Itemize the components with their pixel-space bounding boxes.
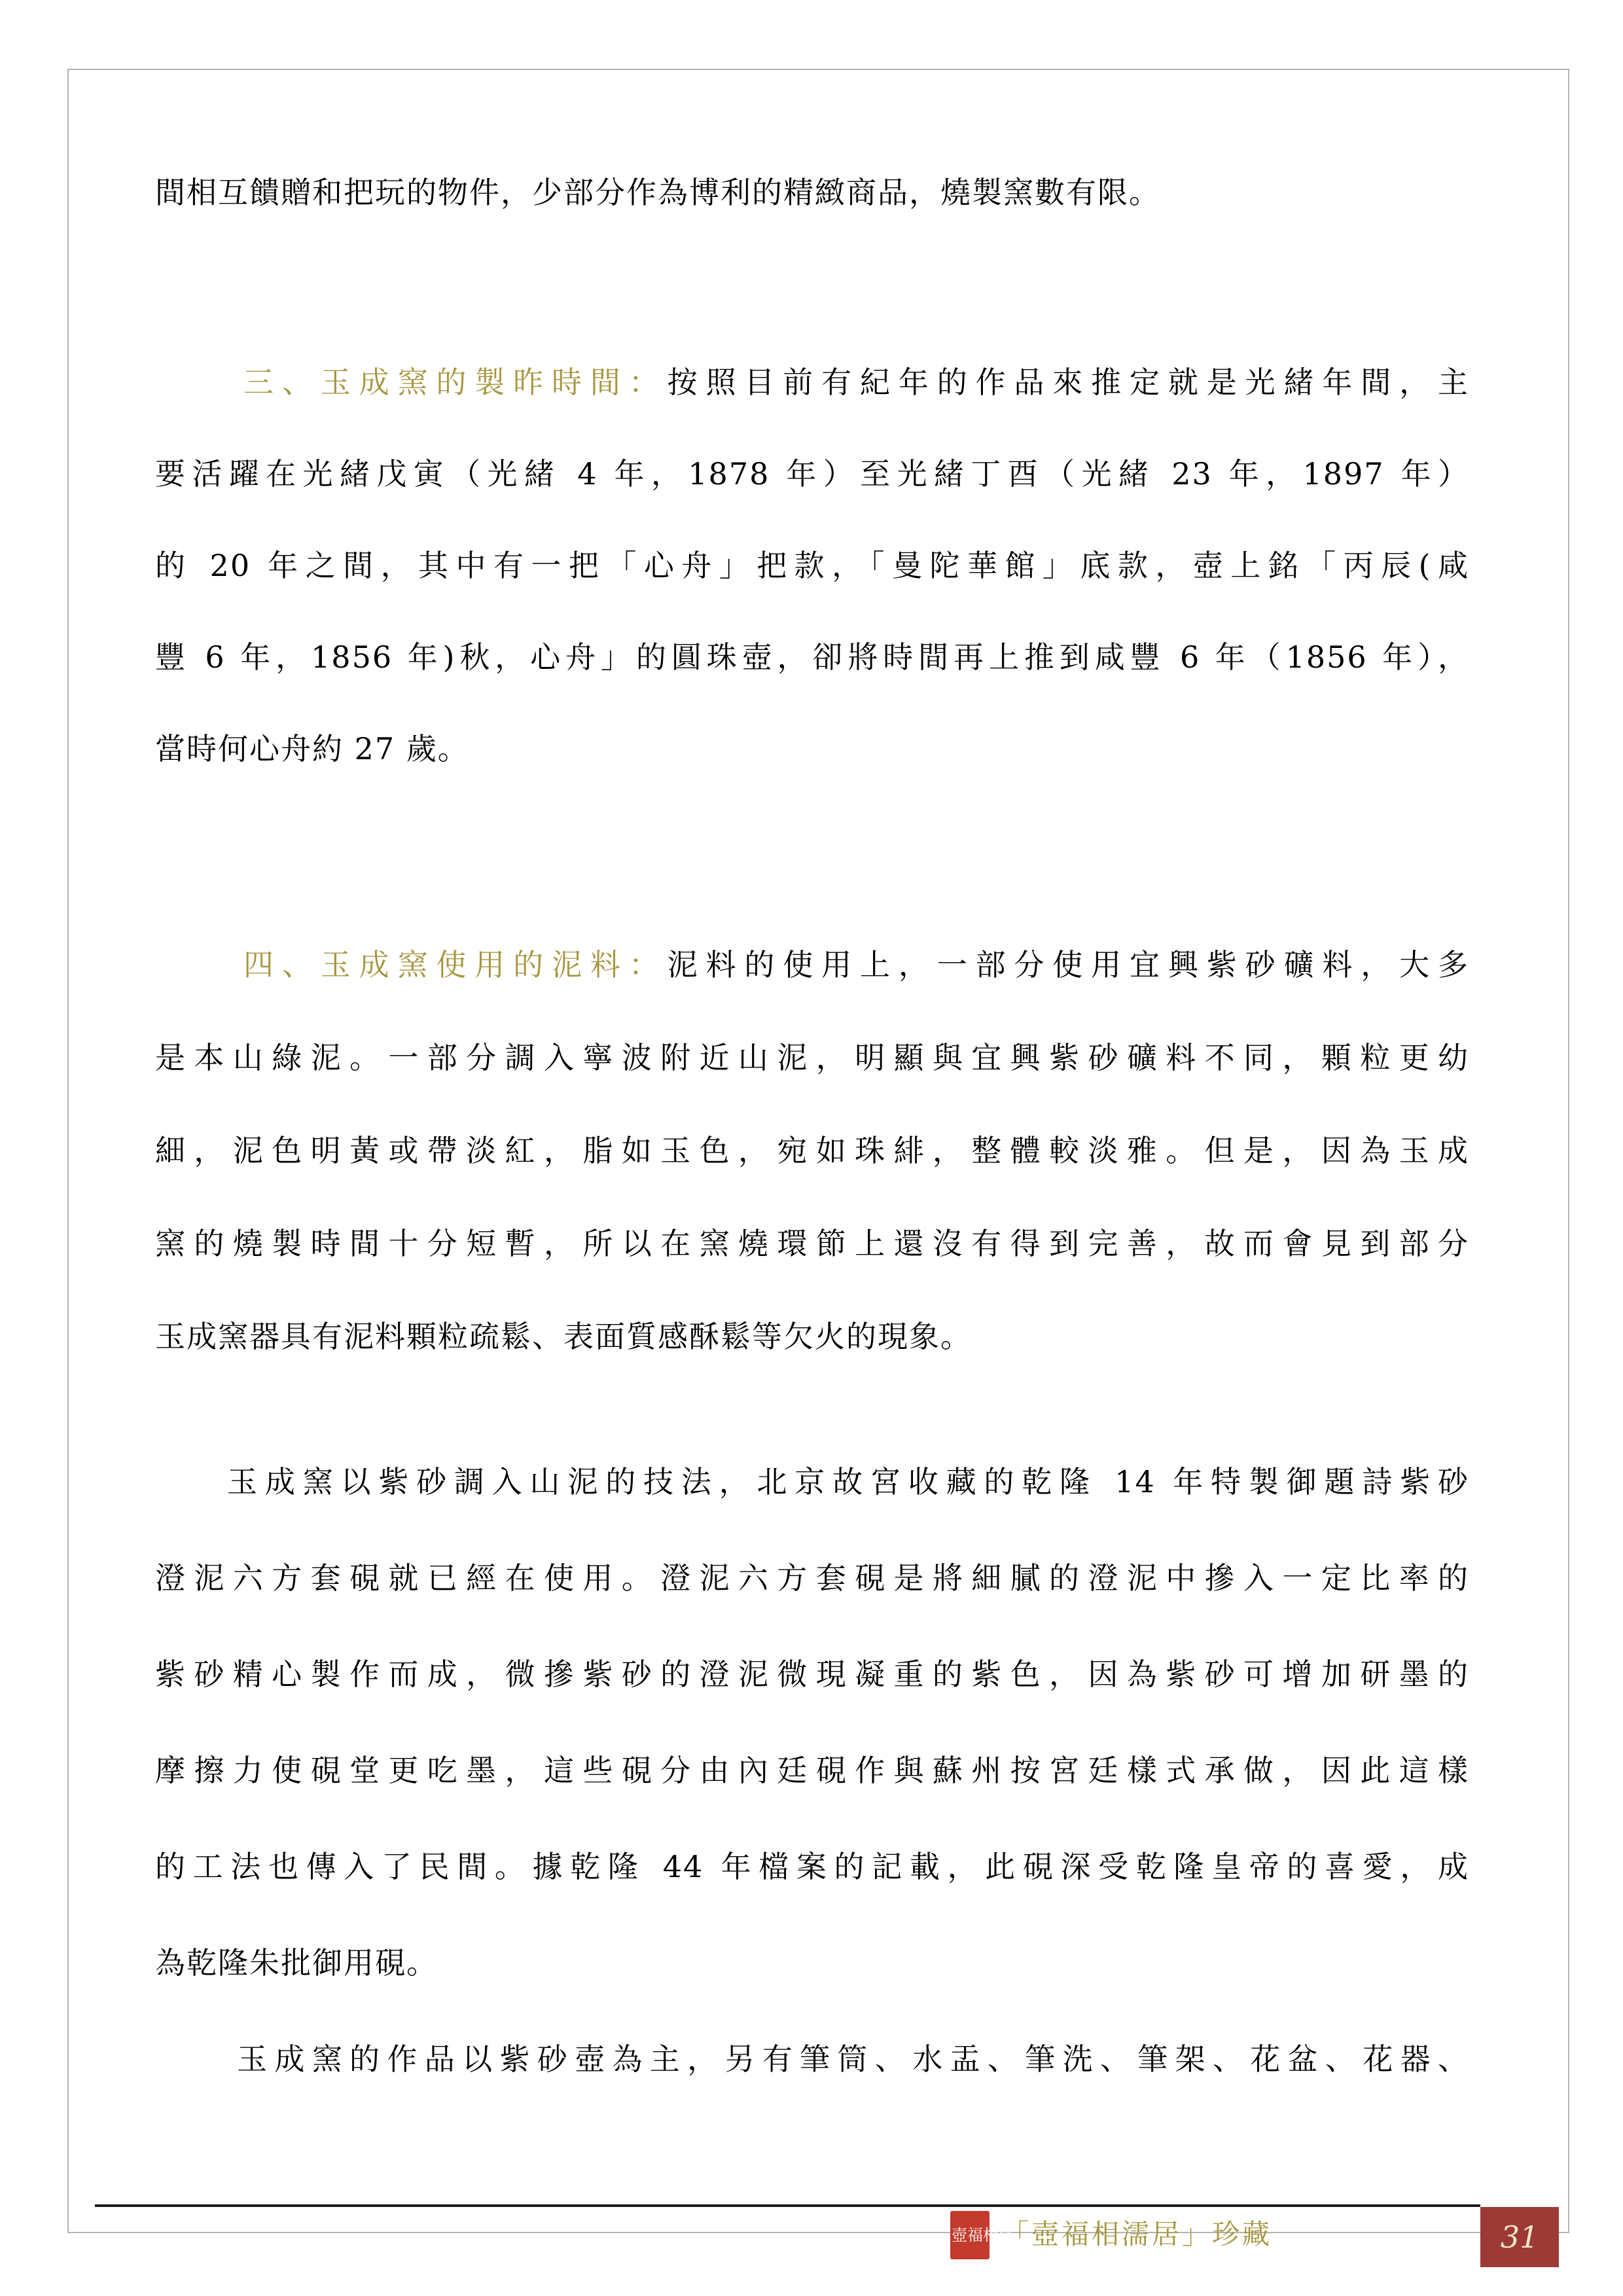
text-line: 的工法也傳入了民間。據乾隆 44 年檔案的記載，此硯深受乾隆皇帝的喜愛，成 [155, 1848, 1469, 1886]
text-line: 四、玉成窯使用的泥料：泥料的使用上，一部分使用宜興紫砂礦料，大多 [155, 946, 1469, 984]
body-text: 玉成窯器具有泥料顆粒疏鬆、表面質感酥鬆等欠火的現象。 [155, 1319, 972, 1354]
collector-seal-stamp: 壺福相濡 [950, 2211, 990, 2259]
page-number: 31 [1501, 2219, 1539, 2255]
text-line: 的 20 年之間，其中有一把「心舟」把款，「曼陀華館」底款，壺上銘「丙辰(咸 [155, 547, 1469, 584]
body-text: 的工法也傳入了民間。據乾隆 44 年檔案的記載，此硯深受乾隆皇帝的喜愛，成 [155, 1849, 1469, 1884]
body-text: 玉成窯的作品以紫砂壺為主，另有筆筒、水盂、筆洗、筆架、花盆、花器、 [237, 2041, 1469, 2077]
text-line: 玉成窯以紫砂調入山泥的技法，北京故宮收藏的乾隆 14 年特製御題詩紫砂 [155, 1463, 1469, 1501]
page-number-badge: 31 [1480, 2207, 1559, 2267]
body-text: 澄泥六方套硯就已經在使用。澄泥六方套硯是將細膩的澄泥中摻入一定比率的 [155, 1560, 1469, 1596]
body-text: 紫砂精心製作而成，微摻紫砂的澄泥微現凝重的紫色，因為紫砂可增加研墨的 [155, 1657, 1469, 1692]
seal-character: 福 [967, 2227, 983, 2243]
text-line: 間相互饋贈和把玩的物件，少部分作為博利的精緻商品，燒製窯數有限。 [155, 173, 1469, 211]
text-line: 當時何心舟約 27 歲。 [155, 730, 1469, 768]
body-text: 摩擦力使硯堂更吃墨，這些硯分由內廷硯作與蘇州按宮廷樣式承做，因此這樣 [155, 1753, 1469, 1788]
body-text: 按照目前有紀年的作品來推定就是光緒年間，主 [668, 365, 1469, 400]
footer-rule [95, 2204, 1480, 2207]
document-lines: 間相互饋贈和把玩的物件，少部分作為博利的精緻商品，燒製窯數有限。三、玉成窯的製昨… [155, 0, 1469, 2296]
text-line: 窯的燒製時間十分短暫，所以在窯燒環節上還沒有得到完善，故而會見到部分 [155, 1225, 1469, 1263]
body-text: 泥料的使用上，一部分使用宜興紫砂礦料，大多 [668, 947, 1469, 982]
body-text: 細，泥色明黃或帶淡紅，脂如玉色，宛如珠緋，整體較淡雅。但是，因為玉成 [155, 1133, 1469, 1168]
body-text: 窯的燒製時間十分短暫，所以在窯燒環節上還沒有得到完善，故而會見到部分 [155, 1226, 1469, 1261]
body-text: 是本山綠泥。一部分調入寧波附近山泥，明顯與宜興紫砂礦料不同，顆粒更幼 [155, 1040, 1469, 1075]
text-line: 是本山綠泥。一部分調入寧波附近山泥，明顯與宜興紫砂礦料不同，顆粒更幼 [155, 1039, 1469, 1077]
seal-character: 壺 [952, 2227, 967, 2243]
section-heading: 四、玉成窯使用的泥料： [243, 947, 668, 982]
body-text: 當時何心舟約 27 歲。 [155, 731, 469, 766]
body-text: 豐 6 年，1856 年)秋，心舟」的圓珠壺，卻將時間再上推到咸豐 6 年（18… [155, 639, 1469, 675]
text-line: 三、玉成窯的製昨時間：按照目前有紀年的作品來推定就是光緒年間，主 [155, 363, 1469, 401]
text-line: 玉成窯器具有泥料顆粒疏鬆、表面質感酥鬆等欠火的現象。 [155, 1318, 1469, 1355]
body-text: 要活躍在光緒戊寅（光緒 4 年，1878 年）至光緒丁酉（光緒 23 年，189… [155, 456, 1469, 492]
collection-label: 「壺福相濡居」珍藏 [1001, 2217, 1272, 2251]
text-line: 豐 6 年，1856 年)秋，心舟」的圓珠壺，卻將時間再上推到咸豐 6 年（18… [155, 638, 1469, 676]
text-line: 為乾隆朱批御用硯。 [155, 1944, 1469, 1982]
seal-character: 相 [983, 2227, 999, 2243]
text-line: 細，泥色明黃或帶淡紅，脂如玉色，宛如珠緋，整體較淡雅。但是，因為玉成 [155, 1132, 1469, 1170]
text-line: 紫砂精心製作而成，微摻紫砂的澄泥微現凝重的紫色，因為紫砂可增加研墨的 [155, 1655, 1469, 1693]
section-heading: 三、玉成窯的製昨時間： [243, 365, 668, 400]
body-text: 的 20 年之間，其中有一把「心舟」把款，「曼陀華館」底款，壺上銘「丙辰(咸 [155, 548, 1469, 583]
text-line: 要活躍在光緒戊寅（光緒 4 年，1878 年）至光緒丁酉（光緒 23 年，189… [155, 455, 1469, 493]
document-page: { "page": { "background": "#ffffff", "bo… [0, 0, 1623, 2296]
text-line: 玉成窯的作品以紫砂壺為主，另有筆筒、水盂、筆洗、筆架、花盆、花器、 [155, 2040, 1469, 2078]
body-text: 玉成窯以紫砂調入山泥的技法，北京故宮收藏的乾隆 14 年特製御題詩紫砂 [227, 1464, 1469, 1499]
body-text: 為乾隆朱批御用硯。 [155, 1945, 438, 1981]
text-line: 摩擦力使硯堂更吃墨，這些硯分由內廷硯作與蘇州按宮廷樣式承做，因此這樣 [155, 1751, 1469, 1789]
body-text: 間相互饋贈和把玩的物件，少部分作為博利的精緻商品，燒製窯數有限。 [155, 175, 1160, 210]
text-line: 澄泥六方套硯就已經在使用。澄泥六方套硯是將細膩的澄泥中摻入一定比率的 [155, 1559, 1469, 1597]
